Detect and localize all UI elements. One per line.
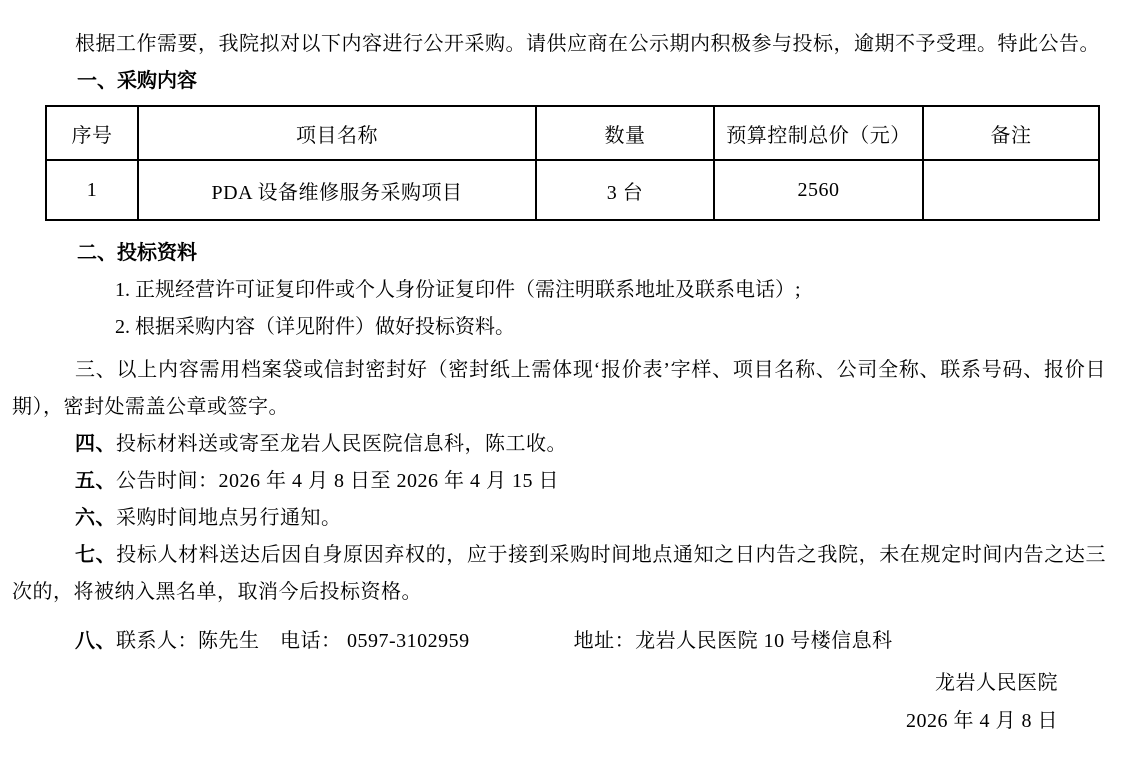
purchase-table-header-row: 序号 项目名称 数量 预算控制总价（元） 备注	[46, 106, 1099, 160]
header-cell-remark: 备注	[923, 106, 1099, 160]
cell-qty: 3 台	[536, 160, 714, 220]
paragraph-7-text: 投标人材料送达后因自身原因弃权的，应于接到采购时间地点通知之日内告之我院，未在规…	[12, 544, 1106, 603]
paragraph-5-text: 公告时间：2026 年 4 月 8 日至 2026 年 4 月 15 日	[116, 470, 559, 492]
paragraph-6-marker: 六、	[75, 507, 116, 529]
bid-docs-item-1: 1. 正规经营许可证复印件或个人身份证复印件（需注明联系地址及联系电话）;	[12, 272, 1106, 309]
paragraph-3-text: 以上内容需用档案袋或信封密封好（密封纸上需体现‘报价表’字样、项目名称、公司全称…	[12, 359, 1106, 418]
signature-date: 2026 年 4 月 8 日	[12, 702, 1106, 740]
bid-docs-item-2: 2. 根据采购内容（详见附件）做好投标资料。	[12, 309, 1106, 346]
header-cell-qty: 数量	[536, 106, 714, 160]
signature-org: 龙岩人民医院	[12, 664, 1106, 702]
paragraph-7-marker: 七、	[75, 544, 116, 566]
paragraph-3-marker: 三、	[75, 359, 117, 381]
paragraph-5: 五、公告时间：2026 年 4 月 8 日至 2026 年 4 月 15 日	[12, 463, 1106, 500]
table-row: 1 PDA 设备维修服务采购项目 3 台 2560	[46, 160, 1099, 220]
paragraph-4-text: 投标材料送或寄至龙岩人民医院信息科，陈工收。	[116, 433, 567, 455]
paragraph-7: 七、投标人材料送达后因自身原因弃权的，应于接到采购时间地点通知之日内告之我院，未…	[12, 537, 1106, 611]
header-cell-seq: 序号	[46, 106, 138, 160]
contact-address: 地址：龙岩人民医院 10 号楼信息科	[574, 630, 893, 652]
paragraph-8-marker: 八、	[75, 630, 116, 652]
cell-remark	[923, 160, 1099, 220]
header-cell-name: 项目名称	[138, 106, 536, 160]
cell-seq: 1	[46, 160, 138, 220]
purchase-table: 序号 项目名称 数量 预算控制总价（元） 备注 1 PDA 设备维修服务采购项目…	[45, 105, 1100, 221]
document-page: 根据工作需要，我院拟对以下内容进行公开采购。请供应商在公示期内积极参与投标，逾期…	[0, 0, 1140, 740]
section-heading-purchase: 一、采购内容	[12, 63, 1106, 100]
section-heading-bid-docs: 二、投标资料	[12, 235, 1106, 272]
contact-person-phone: 联系人：陈先生 电话： 0597-3102959	[116, 630, 470, 652]
header-cell-budget: 预算控制总价（元）	[714, 106, 923, 160]
cell-name: PDA 设备维修服务采购项目	[138, 160, 536, 220]
paragraph-4: 四、投标材料送或寄至龙岩人民医院信息科，陈工收。	[12, 426, 1106, 463]
paragraph-6-text: 采购时间地点另行通知。	[116, 507, 342, 529]
intro-paragraph: 根据工作需要，我院拟对以下内容进行公开采购。请供应商在公示期内积极参与投标，逾期…	[12, 26, 1106, 63]
signature-block: 龙岩人民医院 2026 年 4 月 8 日	[12, 664, 1106, 740]
paragraph-5-marker: 五、	[75, 470, 116, 492]
paragraph-6: 六、采购时间地点另行通知。	[12, 500, 1106, 537]
paragraph-4-marker: 四、	[75, 433, 116, 455]
paragraph-3: 三、以上内容需用档案袋或信封密封好（密封纸上需体现‘报价表’字样、项目名称、公司…	[12, 352, 1106, 426]
cell-budget: 2560	[714, 160, 923, 220]
paragraph-8-contact: 八、联系人：陈先生 电话： 0597-3102959地址：龙岩人民医院 10 号…	[12, 623, 1106, 660]
